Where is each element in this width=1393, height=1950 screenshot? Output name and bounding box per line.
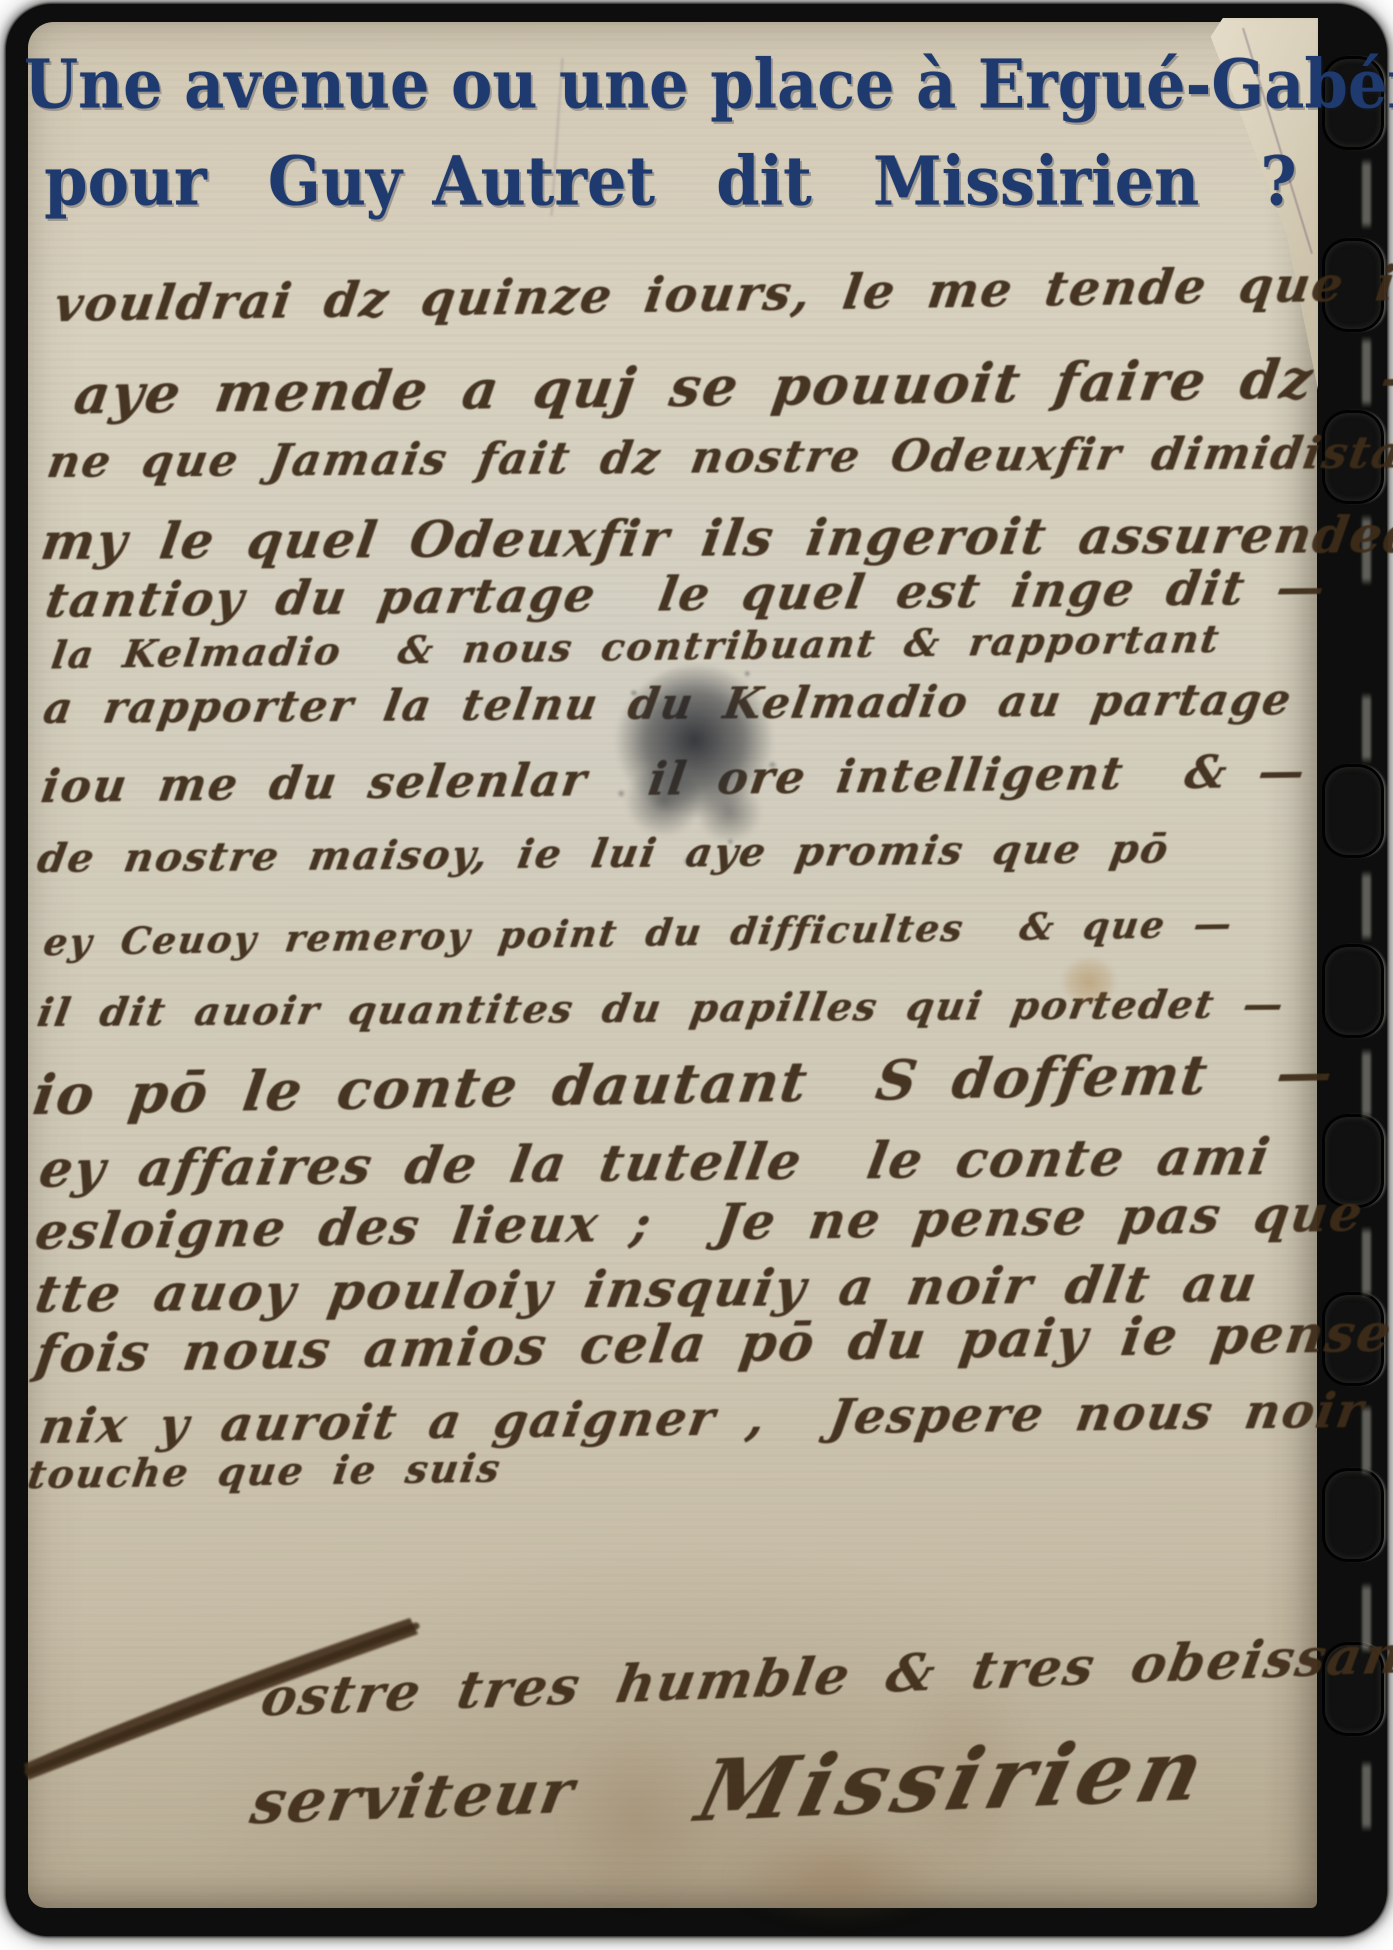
headline-block: Une avenue ou une place à Ergué-Gabéric … [24, 0, 1317, 218]
binding-loop [1322, 1468, 1384, 1562]
page-title-line2: pour Guy Autret dit Missirien ? [24, 142, 1317, 221]
manuscript-line: de nostre maisoy, ie lui aye promis que … [34, 825, 1173, 882]
manuscript-line: touche que ie suis [25, 1445, 505, 1498]
ink-blot [612, 665, 784, 853]
page-title-line1: Une avenue ou une place à Ergué-Gabéric [24, 45, 1317, 124]
binding-edge-highlight [1362, 70, 1371, 1860]
manuscript-line: ne que Jamais fait dz nostre Odeuxfir di… [44, 427, 1393, 488]
paper-stain-small [1056, 952, 1122, 1012]
binding-loop [1322, 944, 1384, 1038]
closing-line: serviteur [246, 1757, 581, 1838]
manuscript-line: my le quel Odeuxfir ils ingeroit assuren… [37, 504, 1393, 571]
binding-loop [1322, 764, 1384, 858]
